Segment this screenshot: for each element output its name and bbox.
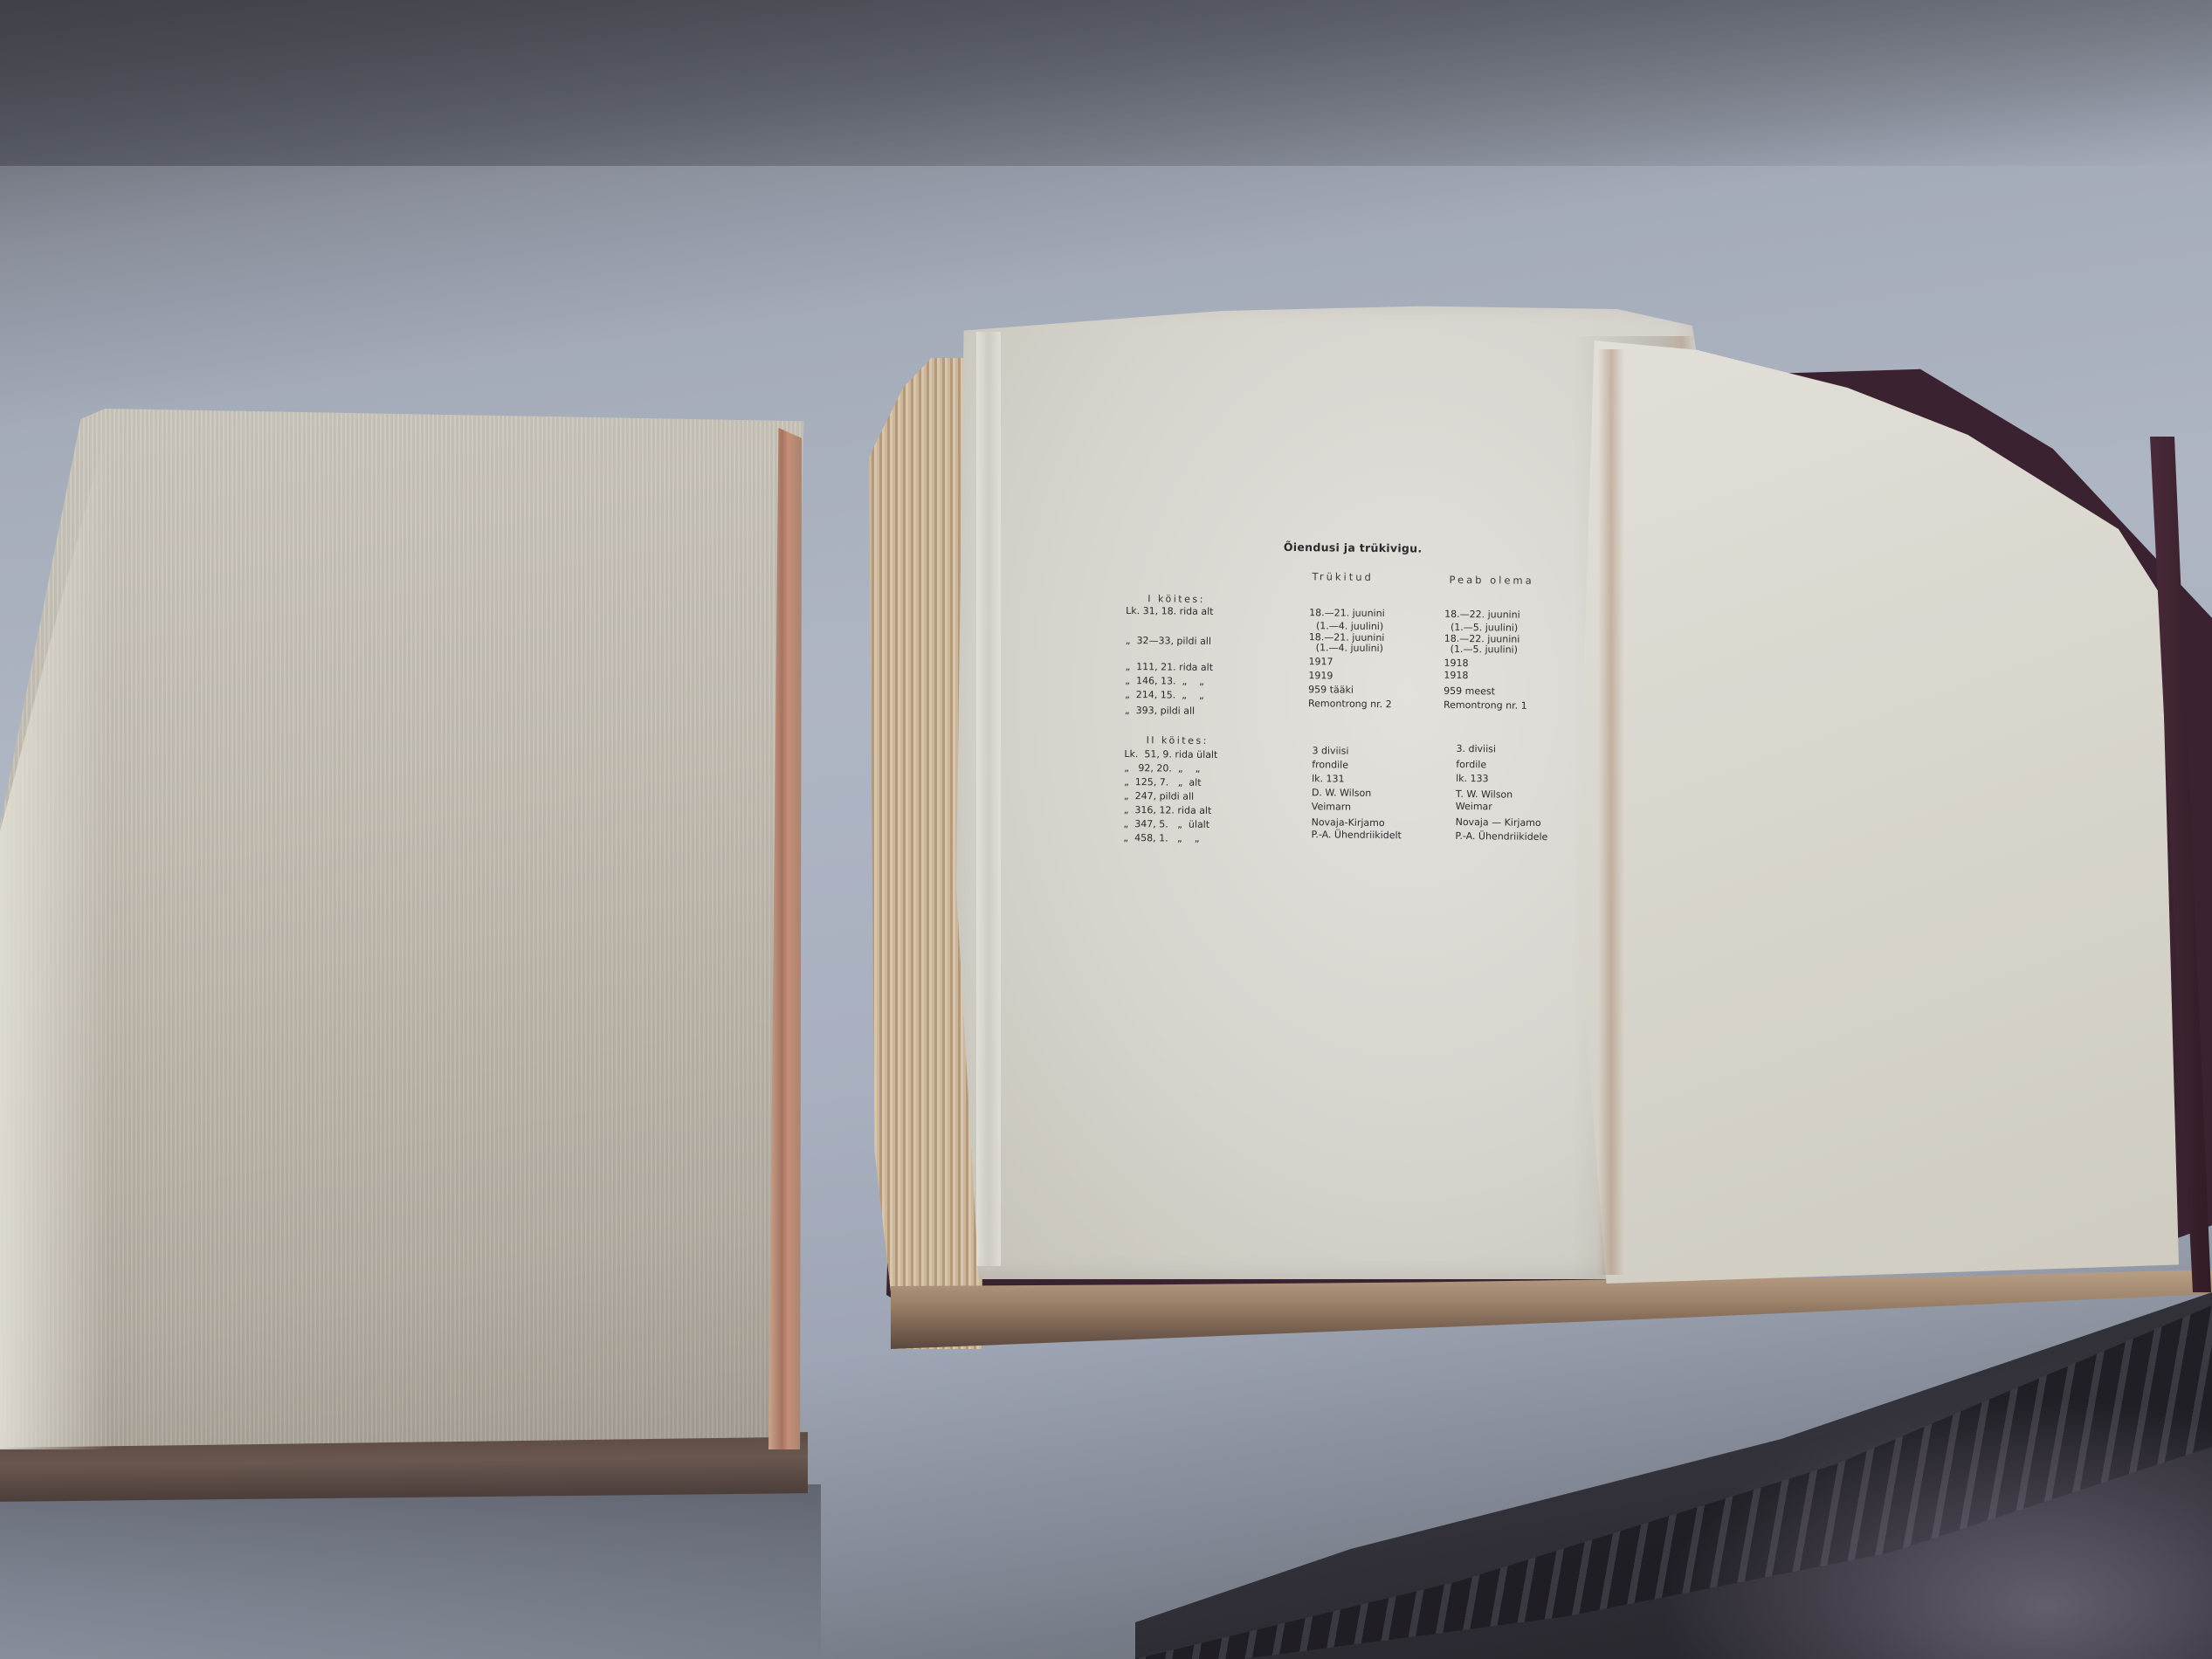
column-header-printed: Trükitud — [1313, 570, 1374, 583]
left-book-cast-shadow — [0, 1484, 821, 1659]
right-book-deckle-edge — [976, 332, 1001, 1266]
left-book-back-cover — [0, 409, 808, 1448]
right-book-endpaper — [1576, 341, 2179, 1284]
volume-heading-1: I köites: — [1147, 593, 1205, 605]
errata-title: Õiendusi ja trükivigu. — [1284, 540, 1423, 555]
volume-heading-2: II köites: — [1147, 734, 1209, 747]
floor-blur — [1659, 1397, 2212, 1659]
wall-shadow — [0, 0, 2212, 166]
column-header-should-be: Peab olema — [1449, 574, 1533, 587]
